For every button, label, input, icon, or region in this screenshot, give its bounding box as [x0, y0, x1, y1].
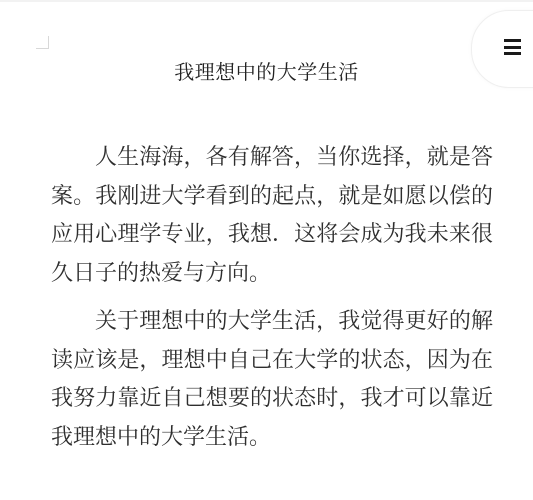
top-divider	[0, 0, 533, 2]
article-title: 我理想中的大学生活	[0, 57, 533, 87]
hamburger-menu-icon	[504, 39, 521, 55]
article-body: 人生海海，各有解答，当你选择，就是答案。我刚进大学看到的起点，就是如愿以偿的应用…	[51, 139, 493, 457]
paragraph-1: 人生海海，各有解答，当你选择，就是答案。我刚进大学看到的起点，就是如愿以偿的应用…	[51, 139, 493, 293]
paragraph-2: 关于理想中的大学生活，我觉得更好的解读应该是，理想中自己在大学的状态，因为在我努…	[51, 303, 493, 457]
crop-corner-mark	[36, 36, 49, 49]
